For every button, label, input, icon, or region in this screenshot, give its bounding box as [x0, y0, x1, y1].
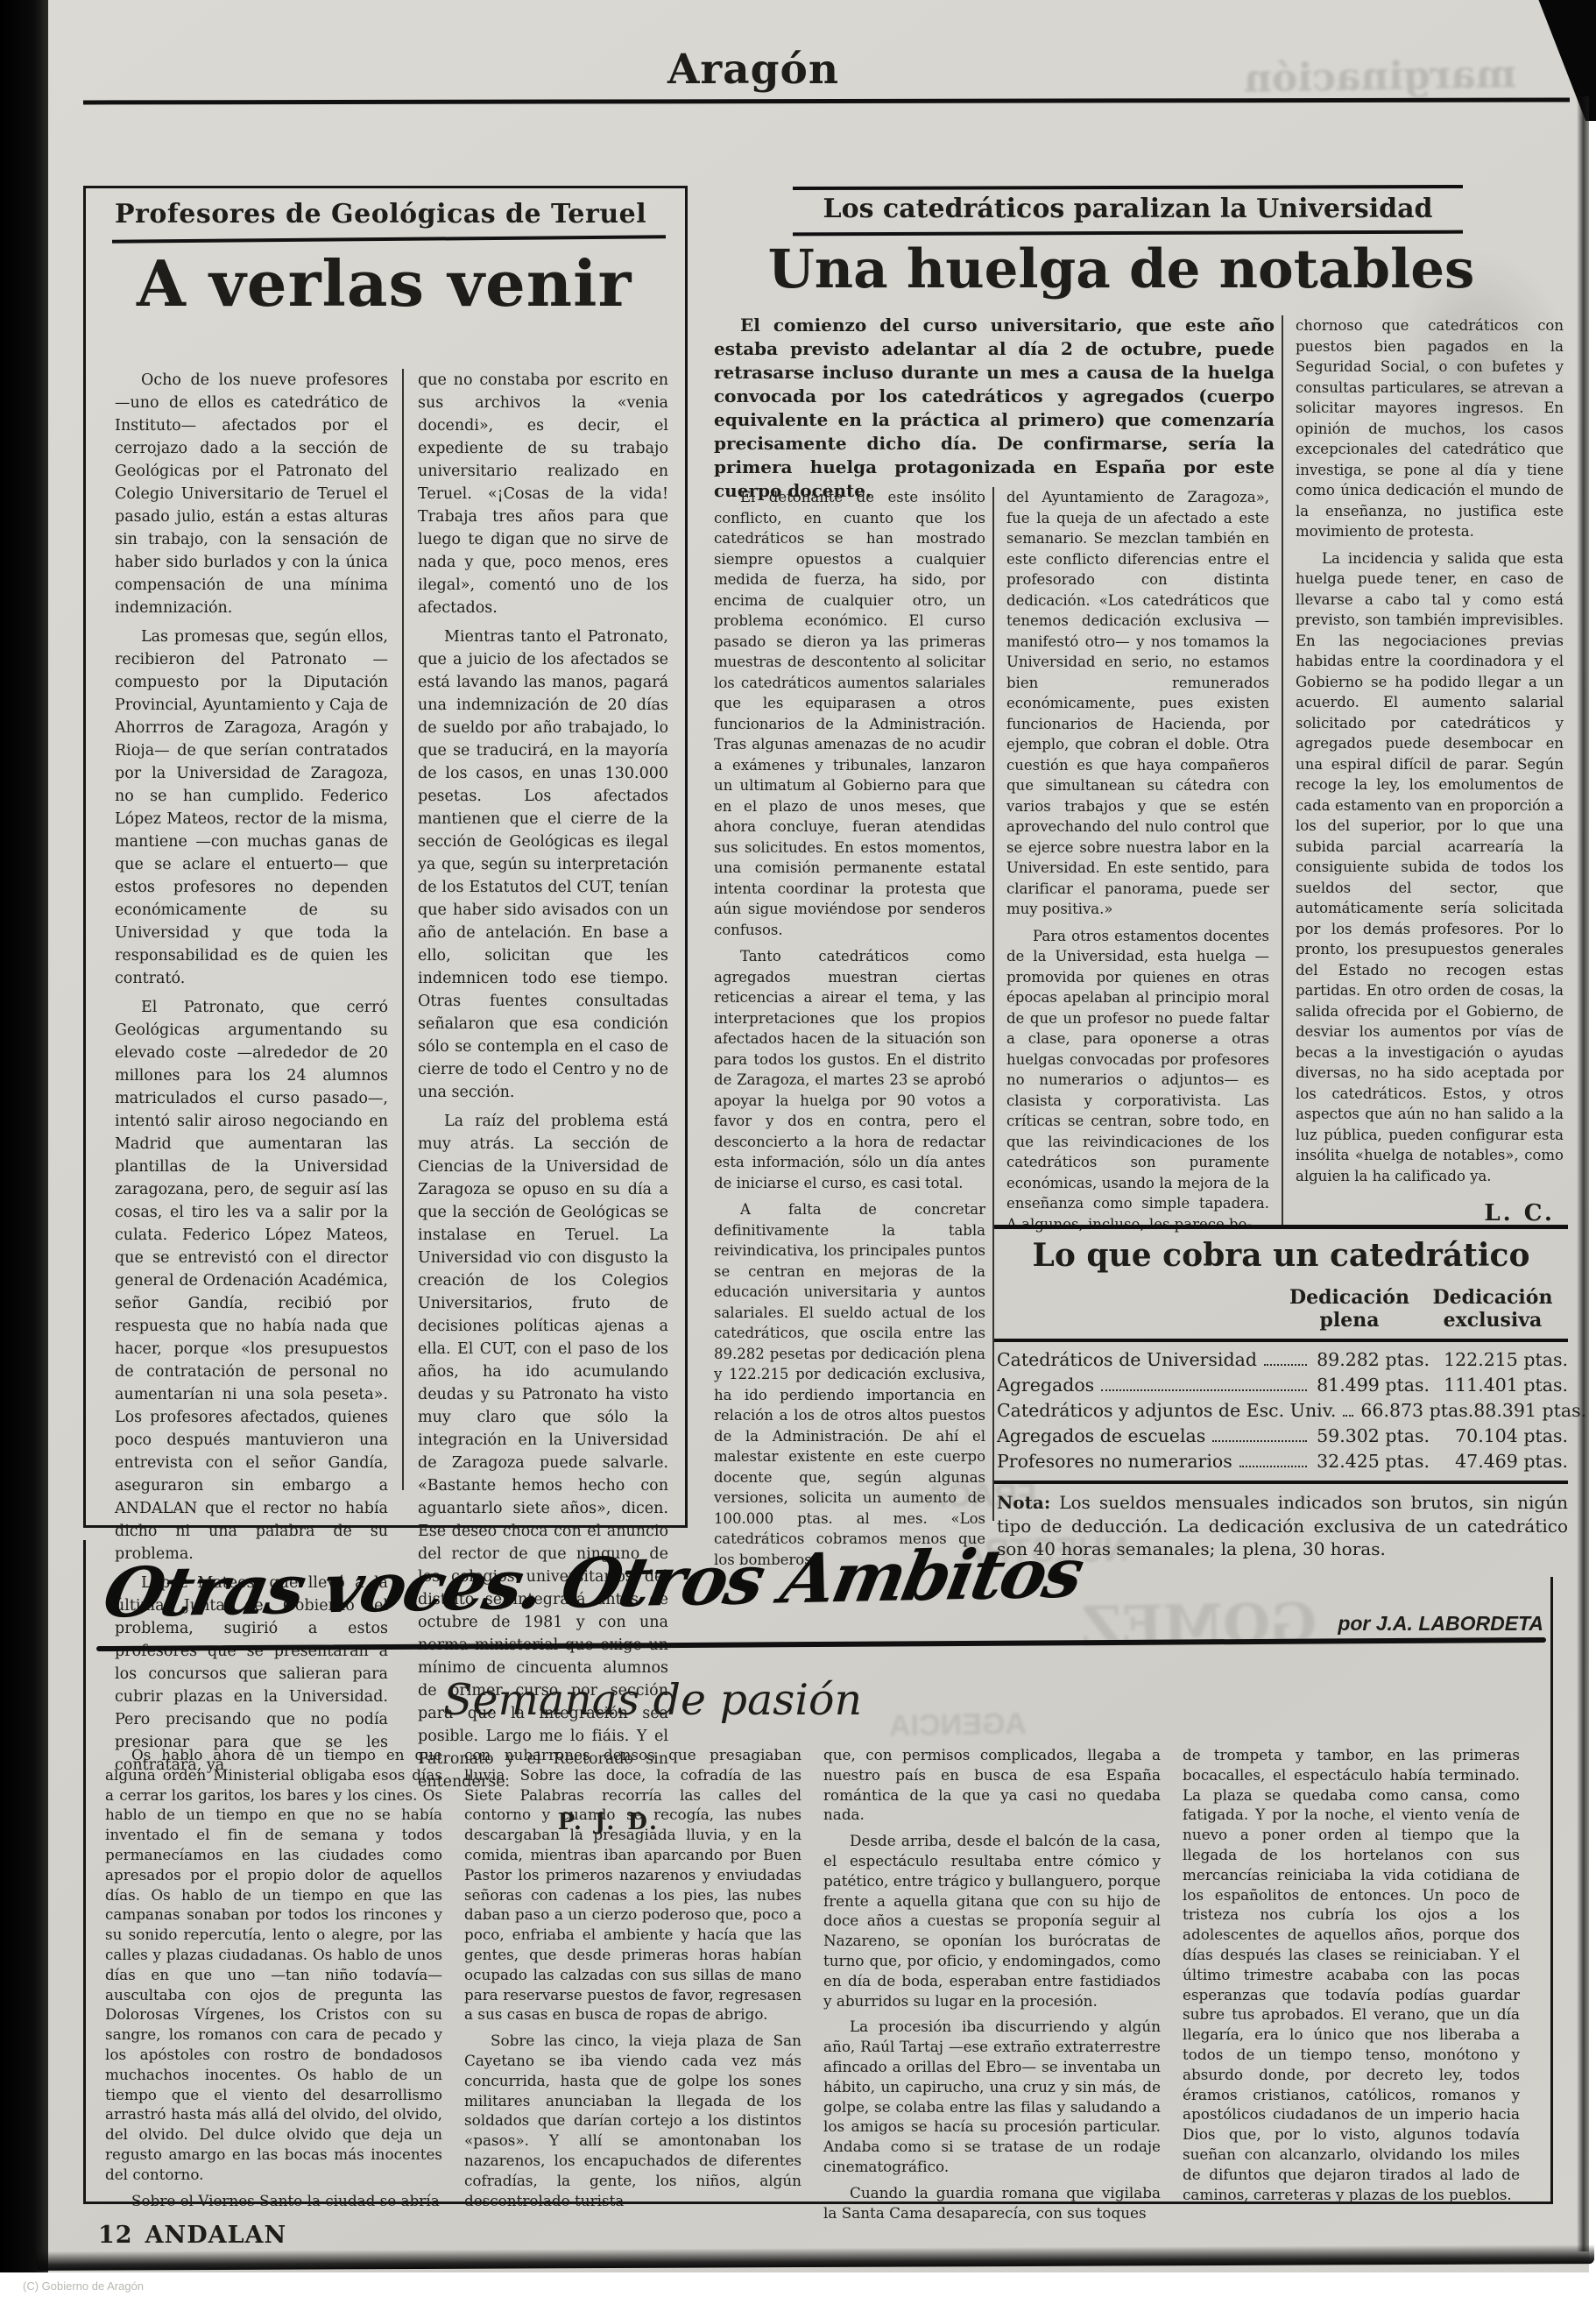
article-column: de trompeta y tambor, en las primeras bo… [1183, 1745, 1520, 2204]
body-paragraph: El detonante de este insólito conflicto,… [714, 487, 985, 940]
archive-copyright: (C) Gobierno de Aragón [23, 2279, 144, 2293]
article-column: Os hablo ahora de un tiempo en que algun… [105, 1745, 442, 2210]
body-paragraph: del Ayuntamiento de Zaragoza», fue la qu… [1006, 487, 1269, 920]
table-rule [994, 1339, 1568, 1342]
body-paragraph: Tanto catedráticos como agregados muestr… [714, 946, 985, 1193]
salary-row: Profesores no numerarios32.425 ptas.47.4… [997, 1451, 1568, 1476]
salary-cell: 59.302 ptas. [1314, 1425, 1430, 1446]
dot-leader [1239, 1466, 1307, 1467]
article-kicker: Profesores de Geológicas de Teruel [115, 199, 646, 230]
article-lede: El comienzo del curso universitario, que… [714, 314, 1275, 503]
scan-right-shadow [1577, 96, 1589, 2251]
table-rule [994, 1481, 1568, 1484]
body-paragraph: La procesión iba discurriendo y algún añ… [823, 2017, 1161, 2176]
dot-leader [1343, 1415, 1353, 1417]
body-paragraph: chornoso que catedráticos con puestos bi… [1296, 315, 1564, 542]
body-paragraph: Desde arriba, desde el balcón de la casa… [823, 1831, 1161, 2011]
columnist-byline: por J.A. LABORDETA [1218, 1612, 1543, 1636]
article-geologicas-teruel: Profesores de Geológicas de Teruel A ver… [83, 186, 688, 1528]
body-paragraph: Os hablo ahora de un tiempo en que algun… [105, 1745, 442, 2185]
salary-cell: 111.401 ptas. [1430, 1375, 1568, 1396]
salary-row: Agregados de escuelas59.302 ptas.70.104 … [997, 1425, 1568, 1451]
column-divider [992, 487, 994, 1521]
table-header-plena: Dedicación plena [1286, 1286, 1413, 1332]
note-label: Nota: [997, 1492, 1050, 1513]
body-paragraph: La incidencia y salida que esta huelga p… [1296, 548, 1564, 1187]
article-headline: A verlas venir [137, 246, 632, 321]
section-border-left [83, 1540, 86, 2204]
column-title: Semanas de pasión [346, 1675, 959, 1725]
article-signature: L. C. [1296, 1204, 1564, 1225]
body-paragraph: que no constaba por escrito en sus archi… [418, 369, 668, 619]
salary-cell: 47.469 ptas. [1430, 1451, 1568, 1472]
salary-cell: 66.873 ptas. [1360, 1400, 1473, 1421]
kicker-underline [112, 235, 666, 244]
salary-cell: 32.425 ptas. [1314, 1451, 1430, 1472]
dot-leader [1264, 1364, 1307, 1366]
section-border-right [1550, 1577, 1553, 2204]
page-number: 12 [98, 2222, 133, 2249]
body-paragraph: Sobre el Viernes Santo la ciudad se abrí… [105, 2191, 442, 2211]
salary-table: Catedráticos de Universidad89.282 ptas.1… [997, 1349, 1568, 1476]
lede-paragraph: El comienzo del curso universitario, que… [714, 314, 1275, 503]
salary-cell: Agregados de escuelas [997, 1425, 1205, 1446]
column-divider [402, 369, 404, 1490]
column-divider [1282, 315, 1283, 1225]
salary-cell: 89.282 ptas. [1314, 1349, 1430, 1370]
table-header-exclusiva: Dedicación exclusiva [1417, 1286, 1568, 1332]
dot-leader [1212, 1440, 1307, 1442]
section-title: Aragón [613, 46, 893, 94]
salary-row: Agregados81.499 ptas.111.401 ptas. [997, 1375, 1568, 1400]
body-paragraph: con nubarrones densos que presagiaban ll… [464, 1745, 802, 2025]
salary-cell: 81.499 ptas. [1314, 1375, 1430, 1396]
salary-cell: Catedráticos y adjuntos de Esc. Univ. [997, 1400, 1336, 1421]
body-paragraph: de trompeta y tambor, en las primeras bo… [1183, 1745, 1520, 2204]
salary-cell: Profesores no numerarios [997, 1451, 1232, 1472]
salary-cell: 70.104 ptas. [1430, 1425, 1568, 1446]
infobox-rule-top [994, 1225, 1568, 1229]
body-paragraph: El Patronato, que cerró Geológicas argum… [115, 996, 388, 1565]
body-paragraph: Ocho de los nueve profesores —uno de ell… [115, 369, 388, 619]
salary-row: Catedráticos de Universidad89.282 ptas.1… [997, 1349, 1568, 1375]
salary-cell: Agregados [997, 1375, 1094, 1396]
scan-left-black-edge [0, 0, 48, 2272]
infobox-title: Lo que cobra un catedrático [994, 1237, 1568, 1274]
body-paragraph: A falta de concretar definitivamente la … [714, 1199, 985, 1570]
salary-row: Catedráticos y adjuntos de Esc. Univ.66.… [997, 1400, 1568, 1425]
salary-cell: Catedráticos de Universidad [997, 1349, 1257, 1370]
body-paragraph: Para otros estamentos docentes de la Uni… [1006, 926, 1269, 1235]
article-headline: Una huelga de notables [740, 238, 1502, 300]
body-paragraph: Cuando la guardia romana que vigilaba la… [823, 2183, 1161, 2223]
page-footer: 12ANDALAN [98, 2222, 286, 2249]
bleedthrough-text: marginación [1244, 52, 1517, 101]
body-paragraph: Sobre las cinco, la vieja plaza de San C… [464, 2031, 802, 2210]
article-column: chornoso que catedráticos con puestos bi… [1296, 315, 1564, 1225]
body-paragraph: Las promesas que, según ellos, recibiero… [115, 625, 388, 990]
article-kicker: Los catedráticos paralizan la Universida… [793, 194, 1463, 224]
body-paragraph: que, con permisos complicados, llegaba a… [823, 1745, 1161, 1825]
salary-cell: 88.391 ptas. [1473, 1400, 1586, 1421]
article-column: El detonante de este insólito conflicto,… [714, 487, 985, 1570]
dot-leader [1101, 1389, 1307, 1391]
article-column: con nubarrones densos que presagiaban ll… [464, 1745, 802, 2210]
article-column: que, con permisos complicados, llegaba a… [823, 1745, 1161, 2223]
publication-name: ANDALAN [145, 2222, 287, 2249]
body-paragraph: Mientras tanto el Patronato, que a juici… [418, 625, 668, 1104]
salary-cell: 122.215 ptas. [1430, 1349, 1568, 1370]
article-column: del Ayuntamiento de Zaragoza», fue la qu… [1006, 487, 1269, 1234]
